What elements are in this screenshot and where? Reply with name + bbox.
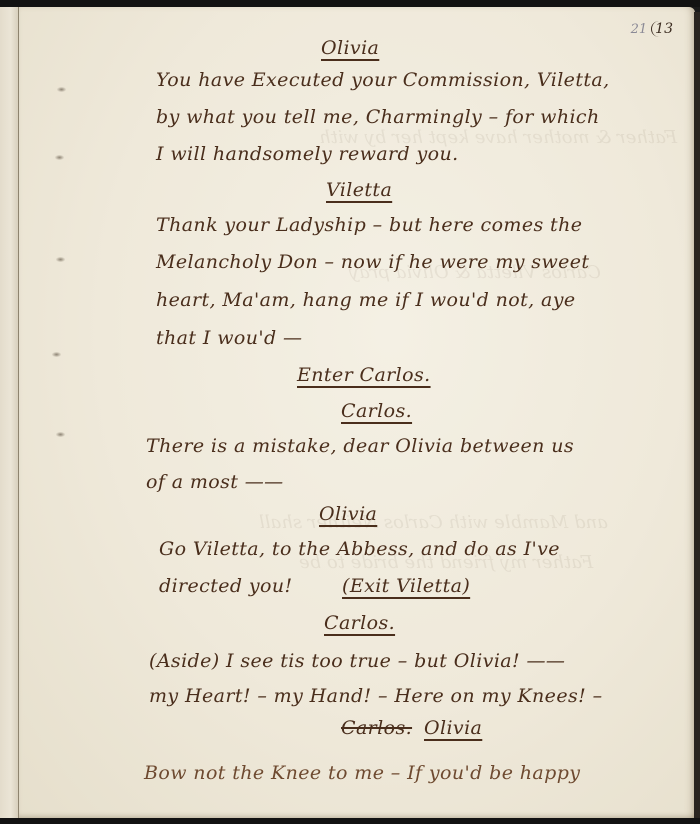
speech-line: that I wou'd — xyxy=(156,327,302,349)
speech-line: my Heart! – my Hand! – Here on my Knees!… xyxy=(149,685,603,707)
speech-line: (Aside) I see tis too true – but Olivia!… xyxy=(149,650,565,672)
scan-border-bottom xyxy=(0,818,700,824)
binding-hole xyxy=(56,257,65,262)
ink-bleed-through: and Mamble with Carlos Neither shall xyxy=(259,512,608,533)
speaker-olivia: Olivia xyxy=(424,717,482,739)
speech-line: I will handsomely reward you. xyxy=(156,143,459,165)
struck-speaker-carlos: Carlos. xyxy=(341,717,412,739)
speaker-viletta: Viletta xyxy=(326,179,392,201)
binding-hole xyxy=(56,432,65,437)
speech-line: Melancholy Don – now if he were my sweet xyxy=(156,251,589,273)
folio-number: 2113 xyxy=(631,21,673,37)
scan-border-top xyxy=(0,0,700,7)
speech-line: by what you tell me, Charmingly – for wh… xyxy=(156,106,600,128)
speaker-olivia: Olivia xyxy=(319,503,377,525)
binding-hole xyxy=(52,352,61,357)
speaker-carlos: Carlos. xyxy=(324,612,395,634)
speaker-carlos: Carlos. xyxy=(341,400,412,422)
speech-line: heart, Ma'am, hang me if I wou'd not, ay… xyxy=(156,289,576,311)
stage-direction-exit-viletta: (Exit Viletta) xyxy=(342,575,470,597)
binding-hole xyxy=(57,87,66,92)
speech-line: You have Executed your Commission, Vilet… xyxy=(156,69,610,91)
ink-folio: 13 xyxy=(651,21,673,37)
binding-hole xyxy=(55,155,64,160)
speech-line: There is a mistake, dear Olivia between … xyxy=(146,435,574,457)
speech-line: Bow not the Knee to me – If you'd be hap… xyxy=(144,762,580,784)
pencil-folio: 21 xyxy=(631,22,648,37)
stage-direction-enter-carlos: Enter Carlos. xyxy=(297,364,431,386)
speech-line: Thank your Ladyship – but here comes the xyxy=(156,214,582,236)
manuscript-page: Father & mother have kept her by with Ca… xyxy=(18,7,695,818)
speech-line: Go Viletta, to the Abbess, and do as I'v… xyxy=(159,538,560,560)
facing-page-edge xyxy=(0,7,18,818)
speaker-olivia: Olivia xyxy=(321,37,379,59)
page-edge-shadow xyxy=(694,12,700,818)
speech-line: of a most —— xyxy=(146,471,284,493)
speech-line: directed you! xyxy=(159,575,293,597)
